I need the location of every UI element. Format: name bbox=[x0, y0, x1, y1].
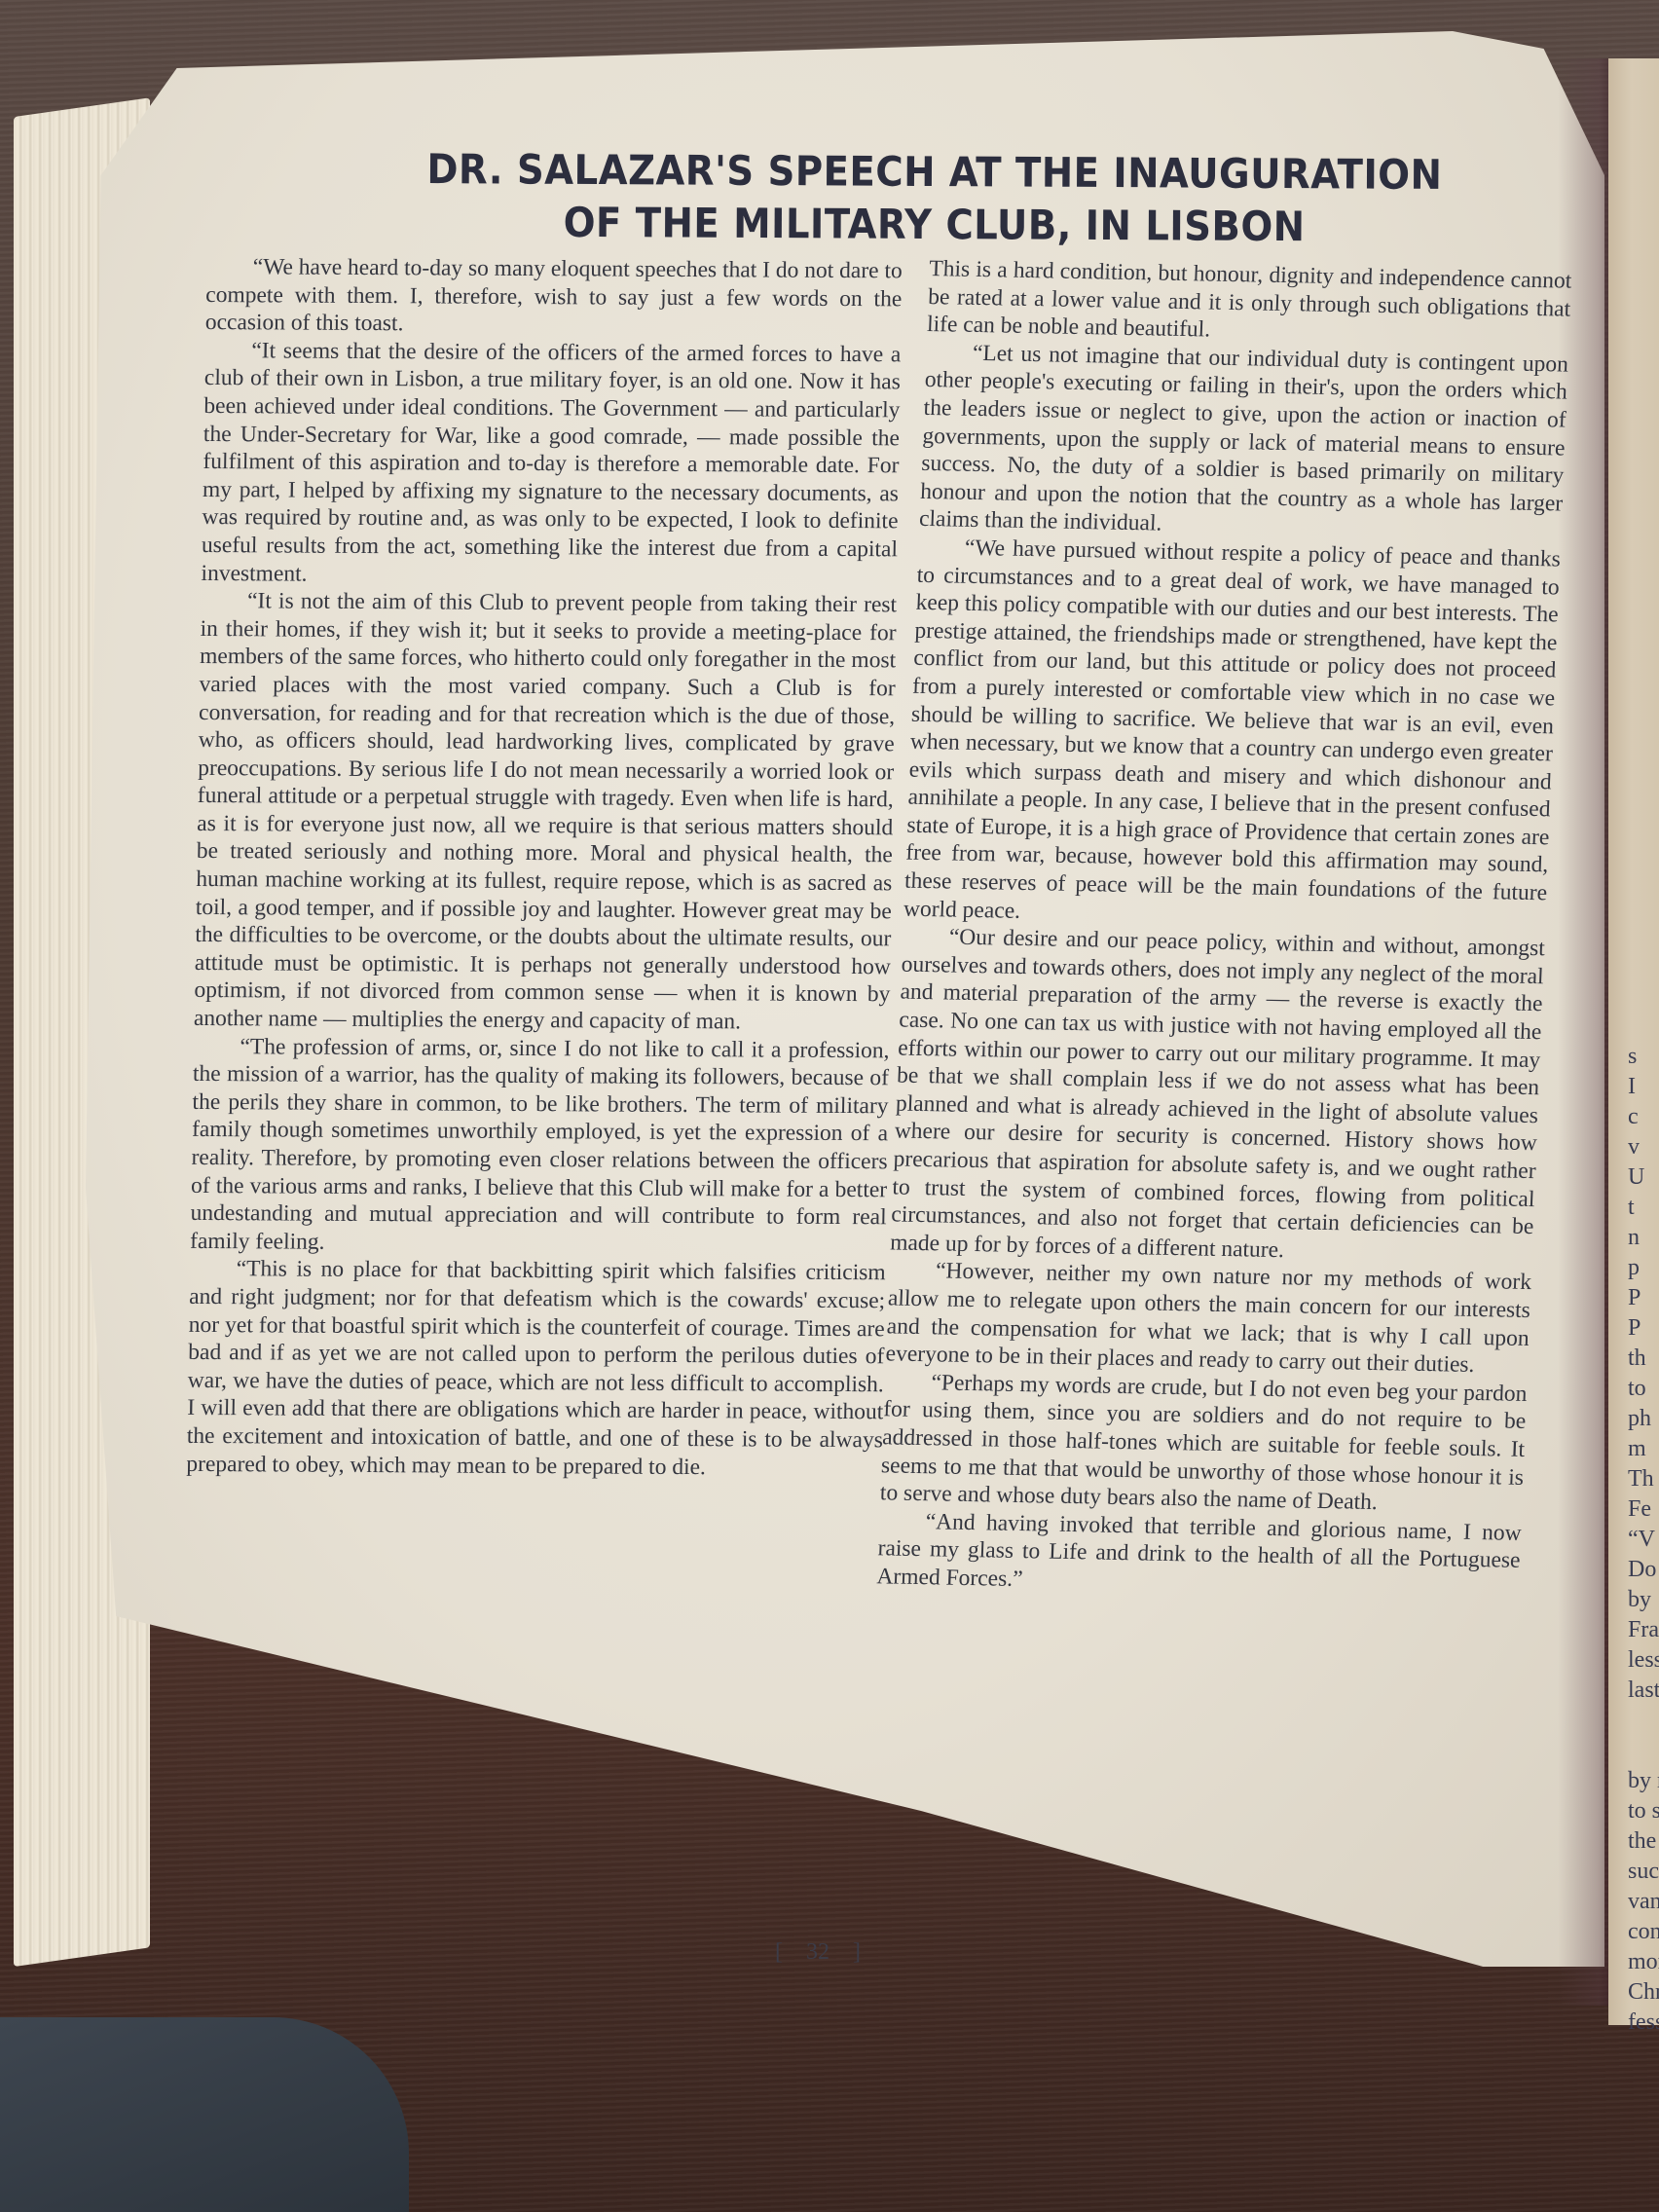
page-title: DR. SALAZAR'S SPEECH AT THE INAUGURATION… bbox=[415, 143, 1455, 254]
paragraph: “And having invoked that terrible and gl… bbox=[876, 1507, 1522, 1603]
paragraph: “The profession of arms, or, since I do … bbox=[190, 1033, 890, 1260]
paragraph: “We have heard to-day so many eloquent s… bbox=[205, 253, 903, 341]
paragraph: “It is not the aim of this Club to preve… bbox=[194, 587, 898, 1037]
title-line-2: OF THE MILITARY CLUB, IN LISBON bbox=[415, 196, 1454, 254]
paragraph: “However, neither my own nature nor my m… bbox=[885, 1257, 1531, 1381]
paragraph: “Perhaps my words are crude, but I do no… bbox=[879, 1368, 1528, 1520]
paragraph: “This is no place for that backbitting s… bbox=[186, 1255, 886, 1482]
paragraph: “It seems that the desire of the officer… bbox=[201, 337, 901, 592]
paragraph-continuation: This is a hard condition, but honour, di… bbox=[927, 255, 1572, 350]
left-column: “We have heard to-day so many eloquent s… bbox=[186, 253, 903, 1482]
title-line-1: DR. SALAZAR'S SPEECH AT THE INAUGURATION bbox=[415, 143, 1454, 202]
page-number: [ 32 ] bbox=[775, 1939, 861, 1966]
paragraph: “Let us not imagine that our individual … bbox=[919, 339, 1569, 546]
paragraph: “Our desire and our peace policy, within… bbox=[890, 923, 1546, 1270]
paragraph: “We have pursued without respite a polic… bbox=[903, 534, 1561, 936]
right-column: This is a hard condition, but honour, di… bbox=[876, 255, 1572, 1603]
page-content: DR. SALAZAR'S SPEECH AT THE INAUGURATION… bbox=[0, 0, 1659, 2212]
